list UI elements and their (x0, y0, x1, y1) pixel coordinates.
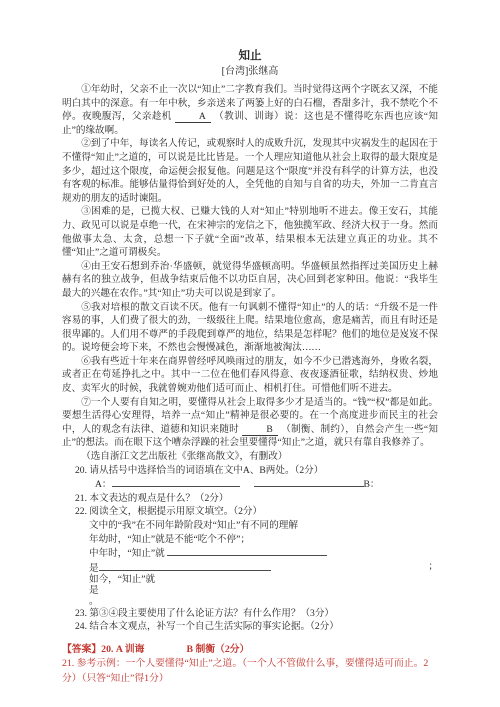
blank-a-label: A： (95, 479, 112, 490)
answer-20-a: 【答案】20. A 训诲 (62, 644, 144, 655)
article-author: [台湾]张继高 (62, 64, 438, 79)
middle-answer-line (167, 546, 327, 556)
question-24: 24. 结合本文观点，补写一个自己生活实际的事实论据。（2分） (62, 620, 438, 634)
answer-key-section: 【答案】20. A 训诲B 制衡（2分） 21. 参考示例：一个人要懂得“知止”… (62, 643, 438, 687)
paragraph-2: ②到了中年，每读名人传记，或观察时人的成败升沉，发现其中灾祸发生的起因在于不懂得… (62, 137, 438, 205)
answer-20-b: B 制衡（2分） (186, 644, 249, 655)
answer-line-21: 21. 参考示例：一个人要懂得“知止”之道。（一个人不管做什么事，要懂得适可而止… (62, 657, 438, 686)
answer-line-20: 【答案】20. A 训诲B 制衡（2分） (62, 643, 438, 658)
inline-blank-a-letter: A (199, 111, 206, 122)
question-22-middle-line: 中年时，“知止”就 (62, 546, 438, 561)
document-page: 知止 [台湾]张继高 ①年幼时，父亲不止一次以“知止”二字教育我们。当时觉得这两… (0, 0, 500, 707)
document-content: 知止 [台湾]张继高 ①年幼时，父亲不止一次以“知止”二字教育我们。当时觉得这两… (62, 48, 438, 686)
article-title: 知止 (62, 48, 438, 64)
paragraph-3: ③困难的是，已揽大权、已赚大钱的人对“知止”特别地听不进去。像王安石，其能力、政… (62, 205, 438, 259)
question-22-young-line: 年幼时，“知止”就是不能“吃个不停”； (62, 533, 438, 547)
question-22-middle-cont-line: 是； (62, 561, 438, 574)
answer-line-a (112, 477, 240, 487)
inline-blank-a: A (175, 111, 211, 123)
paragraph-6: ⑥我有些近十年来在商界曾经呼风唤雨过的朋友，如今不少已潜逃海外，身败名裂，或者正… (62, 355, 438, 396)
inline-blank-b: B (242, 424, 278, 436)
question-22-now-line: 如今，“知止”就 (62, 574, 438, 585)
paragraph-4: ④由王安石想到乔治·华盛顿，就觉得华盛顿高明。华盛顿虽然指挥过美国历史上赫赫有名… (62, 260, 438, 301)
question-22-now-punct: 。 (62, 596, 438, 607)
answer-line-b (254, 477, 364, 487)
middle-answer-line-2 (99, 561, 271, 571)
question-22-middle-pre: 中年时，“知止”就 (89, 548, 165, 559)
question-20: 20. 请从括号中选择恰当的词语填在文中A、B两处。（2分） (62, 464, 438, 478)
question-23: 23. 第③④段主要使用了什么论证方法？有什么作用？（3分） (62, 607, 438, 621)
blank-b-label: B： (364, 479, 380, 490)
question-22-middle-punct: ； (428, 561, 438, 572)
question-22-intro: 文中的“我”在不同年龄阶段对“知止”有不同的理解 (62, 519, 438, 533)
question-22: 22. 阅读全文，根据提示用原文填空。（2分） (62, 505, 438, 519)
question-22-now-cont: 是 (62, 585, 438, 596)
paragraph-7: ⑦一个人要有自知之明，要懂得从社会上取得多少才是适当的。“钱”“权”都是如此。要… (62, 396, 438, 450)
question-20-answer-row: A：B： (62, 477, 438, 492)
paragraph-1: ①年幼时，父亲不止一次以“知止”二字教育我们。当时觉得这两个字既玄又深，不能明白… (62, 83, 438, 137)
inline-blank-b-letter: B (266, 424, 272, 435)
question-22-middle-cont: 是 (89, 563, 99, 574)
question-21: 21. 本文表达的观点是什么？（2分） (62, 492, 438, 506)
paragraph-5: ⑤我对培根的散文百读不厌。他有一句讽刺不懂得“知止”的人的话：“升级不是一件容易… (62, 301, 438, 355)
source-note: （选自浙江文艺出版社《张继高散文》，有删改） (62, 450, 438, 464)
